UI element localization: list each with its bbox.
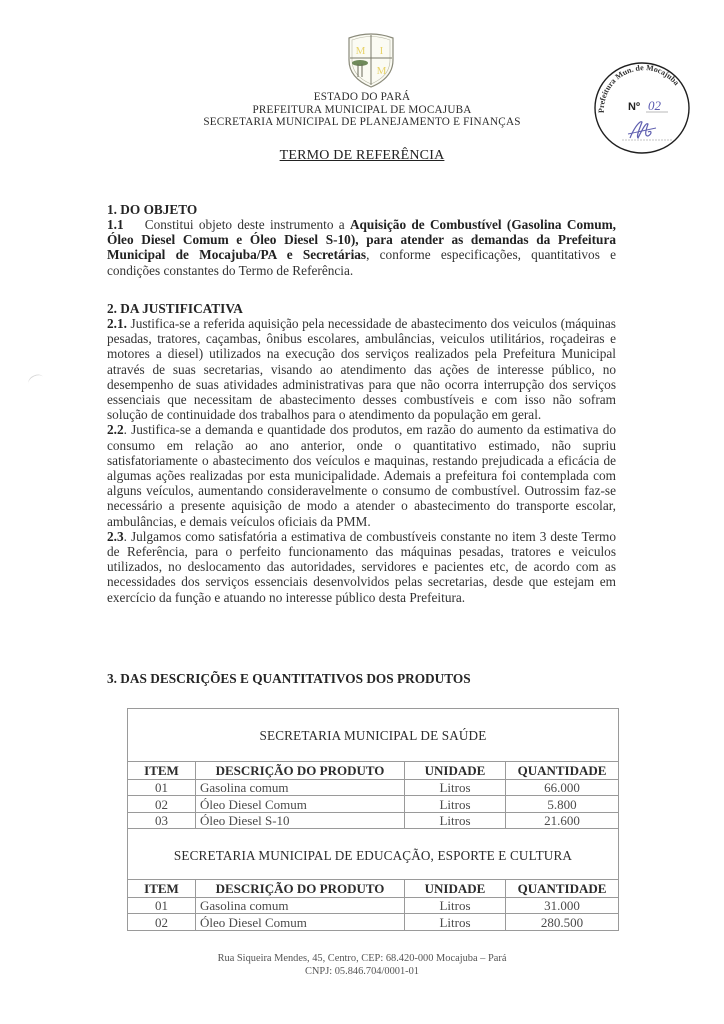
table-row: 02 Óleo Diesel Comum Litros 280.500: [128, 914, 618, 930]
stamp-number-label: Nº: [628, 101, 640, 113]
section-heading: 3. DAS DESCRIÇÕES E QUANTITATIVOS DOS PR…: [107, 671, 616, 686]
cell-quantity: 21.600: [506, 812, 619, 828]
footer-address: Rua Siqueira Mendes, 45, Centro, CEP: 68…: [0, 952, 724, 965]
municipal-coat-of-arms-icon: M I M: [343, 30, 399, 88]
cell-item: 02: [128, 914, 196, 930]
cell-unit: Litros: [405, 796, 506, 812]
clause-text: Justifica-se a referida aquisição pela n…: [107, 316, 616, 422]
crest-letter: M: [377, 65, 387, 77]
cell-item: 01: [128, 780, 196, 796]
products-table: ITEM DESCRIÇÃO DO PRODUTO UNIDADE QUANTI…: [128, 762, 618, 829]
cell-quantity: 31.000: [506, 898, 619, 914]
cell-quantity: 5.800: [506, 796, 619, 812]
clause-number: 2.1.: [107, 316, 127, 331]
cell-unit: Litros: [405, 914, 506, 930]
paragraph-2-1: 2.1. Justifica-se a referida aquisição p…: [107, 316, 616, 422]
section-objeto: 1. DO OBJETO 1.1 Constitui objeto deste …: [107, 202, 616, 278]
cell-unit: Litros: [405, 780, 506, 796]
handwritten-signature-icon: [628, 122, 656, 138]
footer-cnpj: CNPJ: 05.846.704/0001-01: [0, 965, 724, 978]
cell-item: 01: [128, 898, 196, 914]
crest-letter: M: [356, 45, 366, 57]
cell-item: 03: [128, 812, 196, 828]
clause-text: . Justifica-se a demanda e quantidade do…: [107, 422, 616, 528]
products-table: ITEM DESCRIÇÃO DO PRODUTO UNIDADE QUANTI…: [128, 880, 618, 931]
table-row: 01 Gasolina comum Litros 31.000: [128, 898, 618, 914]
cell-unit: Litros: [405, 812, 506, 828]
section-justificativa: 2. DA JUSTIFICATIVA 2.1. Justifica-se a …: [107, 301, 616, 605]
table-title: SECRETARIA MUNICIPAL DE SAÚDE: [128, 709, 618, 762]
cell-unit: Litros: [405, 898, 506, 914]
cell-description: Gasolina comum: [196, 898, 405, 914]
paragraph-1-1: 1.1 Constitui objeto deste instrumento a…: [107, 217, 616, 278]
document-page: M I M ESTADO DO PARÁ PREFEITURA MUNICIPA…: [0, 0, 724, 1024]
cell-description: Óleo Diesel S-10: [196, 812, 405, 828]
paragraph-2-2: 2.2. Justifica-se a demanda e quantidade…: [107, 422, 616, 528]
clause-number: 2.3: [107, 529, 124, 544]
section-heading: 2. DA JUSTIFICATIVA: [107, 301, 616, 316]
col-unit: UNIDADE: [405, 880, 506, 898]
table-row: 01 Gasolina comum Litros 66.000: [128, 780, 618, 796]
table-saude: SECRETARIA MUNICIPAL DE SAÚDE ITEM DESCR…: [127, 708, 619, 833]
col-description: DESCRIÇÃO DO PRODUTO: [196, 880, 405, 898]
col-unit: UNIDADE: [405, 762, 506, 780]
protocol-stamp: Prefeitura Mun. de Mocajuba Nº 02: [590, 58, 694, 158]
footer: Rua Siqueira Mendes, 45, Centro, CEP: 68…: [0, 952, 724, 978]
table-header-row: ITEM DESCRIÇÃO DO PRODUTO UNIDADE QUANTI…: [128, 880, 618, 898]
table-row: 02 Óleo Diesel Comum Litros 5.800: [128, 796, 618, 812]
cell-description: Gasolina comum: [196, 780, 405, 796]
document-title: TERMO DE REFERÊNCIA: [0, 148, 724, 164]
section-heading: 1. DO OBJETO: [107, 202, 616, 217]
col-item: ITEM: [128, 880, 196, 898]
table-title: SECRETARIA MUNICIPAL DE EDUCAÇÃO, ESPORT…: [128, 831, 618, 880]
cell-item: 02: [128, 796, 196, 812]
table-educacao: SECRETARIA MUNICIPAL DE EDUCAÇÃO, ESPORT…: [127, 831, 619, 931]
cell-quantity: 66.000: [506, 780, 619, 796]
col-quantity: QUANTIDADE: [506, 880, 619, 898]
cell-description: Óleo Diesel Comum: [196, 914, 405, 930]
cell-quantity: 280.500: [506, 914, 619, 930]
clause-text: . Julgamos como satisfatória a estimativ…: [107, 529, 616, 605]
crest-letter: I: [380, 45, 384, 57]
col-description: DESCRIÇÃO DO PRODUTO: [196, 762, 405, 780]
scan-smudge: [26, 372, 45, 389]
clause-text: Constitui objeto deste instrumento a: [145, 217, 350, 232]
table-row: 03 Óleo Diesel S-10 Litros 21.600: [128, 812, 618, 828]
table-header-row: ITEM DESCRIÇÃO DO PRODUTO UNIDADE QUANTI…: [128, 762, 618, 780]
section-descricoes: 3. DAS DESCRIÇÕES E QUANTITATIVOS DOS PR…: [107, 671, 616, 686]
col-item: ITEM: [128, 762, 196, 780]
cell-description: Óleo Diesel Comum: [196, 796, 405, 812]
clause-number: 1.1: [107, 217, 124, 232]
clause-number: 2.2: [107, 422, 124, 437]
stamp-number-value: 02: [648, 98, 662, 113]
col-quantity: QUANTIDADE: [506, 762, 619, 780]
paragraph-2-3: 2.3. Julgamos como satisfatória a estima…: [107, 529, 616, 605]
